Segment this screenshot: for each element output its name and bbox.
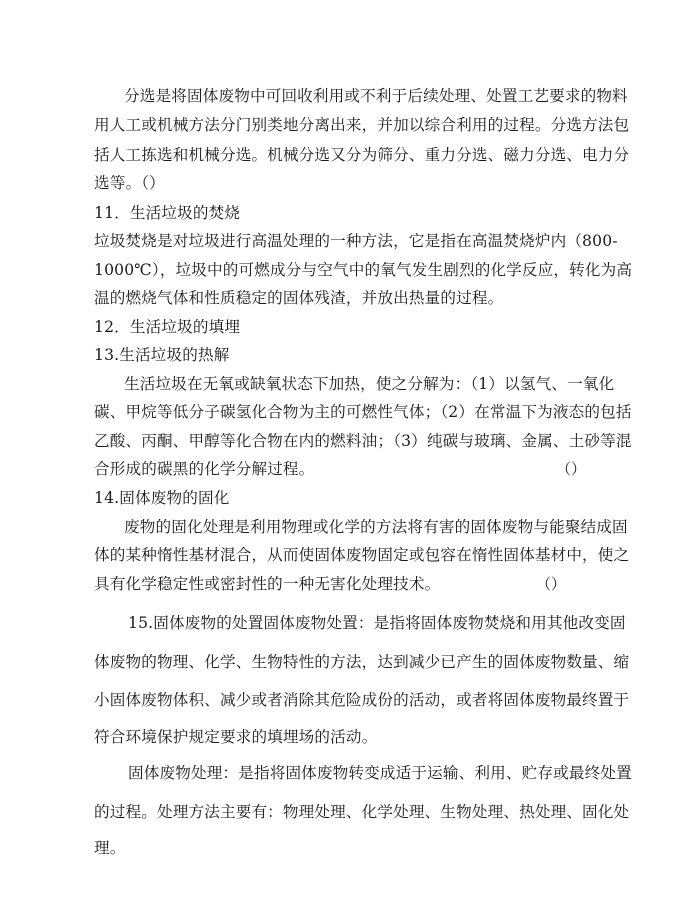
paragraph-pyrolysis-line-4: 合形成的碳黑的化学分解过程。 bbox=[94, 459, 314, 479]
paragraph-sorting-line-2: 用人工或机械方法分门别类地分离出来，并加以综合利用的过程。分选方法包 bbox=[94, 115, 629, 135]
paragraph-pyrolysis-line-2: 碳、甲烷等低分子碳氢化合物为主的可燃性气体；（2）在常温下为液态的包括 bbox=[94, 402, 632, 422]
paragraph-sorting-line-4: 选等。（） bbox=[94, 173, 165, 193]
answer-blank-pyrolysis: （） bbox=[556, 459, 586, 479]
paragraph-solidification-line-3: 具有化学稳定性或密封性的一种无害化处理技术。 bbox=[94, 574, 440, 594]
paragraph-disposal-line-2: 体废物的物理、化学、生物特性的方法，达到减少已产生的固体废物数量、缩 bbox=[94, 652, 629, 672]
paragraph-solidification-line-1: 废物的固化处理是利用物理或化学的方法将有害的固体废物与能聚结成固 bbox=[124, 517, 628, 537]
paragraph-treatment-line-3: 理。 bbox=[94, 838, 126, 858]
paragraph-sorting-line-3: 括人工拣选和机械分选。机械分选又分为筛分、重力分选、磁力分选、电力分 bbox=[94, 145, 629, 165]
paragraph-pyrolysis-line-3: 乙酸、丙酮、甲醇等化合物在内的燃料油；（3）纯碳与玻璃、金属、土砂等混 bbox=[94, 431, 632, 451]
heading-11: 11．生活垃圾的焚烧 bbox=[94, 203, 240, 223]
paragraph-pyrolysis-line-1: 生活垃圾在无氧或缺氧状态下加热，使之分解为：（1）以氢气、一氧化 bbox=[124, 374, 614, 394]
paragraph-incineration-line-3: 温的燃烧气体和性质稳定的固体残渣，并放出热量的过程。 bbox=[94, 288, 503, 308]
paragraph-treatment-line-1: 固体废物处理：是指将固体废物转变成适于运输、利用、贮存或最终处置 bbox=[128, 763, 632, 783]
paragraph-disposal-line-1: 15.固体废物的处置固体废物处置：是指将固体废物焚烧和用其他改变固 bbox=[128, 613, 626, 633]
heading-13: 13.生活垃圾的热解 bbox=[94, 345, 229, 365]
paragraph-incineration-line-1: 垃圾焚烧是对垃圾进行高温处理的一种方法，它是指在高温焚烧炉内（800- bbox=[94, 231, 618, 251]
paragraph-sorting-line-1: 分选是将固体废物中可回收利用或不利于后续处理、处置工艺要求的物料 bbox=[124, 86, 628, 106]
heading-14: 14.固体废物的固化 bbox=[94, 488, 229, 508]
paragraph-treatment-line-2: 的过程。处理方法主要有：物理处理、化学处理、生物处理、热处理、固化处 bbox=[94, 802, 629, 822]
paragraph-disposal-line-3: 小固体废物体积、减少或者消除其危险成份的活动，或者将固体废物最终置于 bbox=[94, 690, 629, 710]
paragraph-disposal-line-4: 符合环境保护规定要求的填埋场的活动。 bbox=[94, 727, 377, 747]
paragraph-incineration-line-2: 1000℃），垃圾中的可燃成分与空气中的氧气发生剧烈的化学反应，转化为高 bbox=[94, 260, 632, 280]
answer-blank-solidification: （） bbox=[536, 574, 566, 594]
heading-12: 12．生活垃圾的填埋 bbox=[94, 317, 240, 337]
paragraph-solidification-line-2: 体的某种惰性基材混合，从而使固体废物固定或包容在惰性固体基材中，使之 bbox=[94, 545, 629, 565]
